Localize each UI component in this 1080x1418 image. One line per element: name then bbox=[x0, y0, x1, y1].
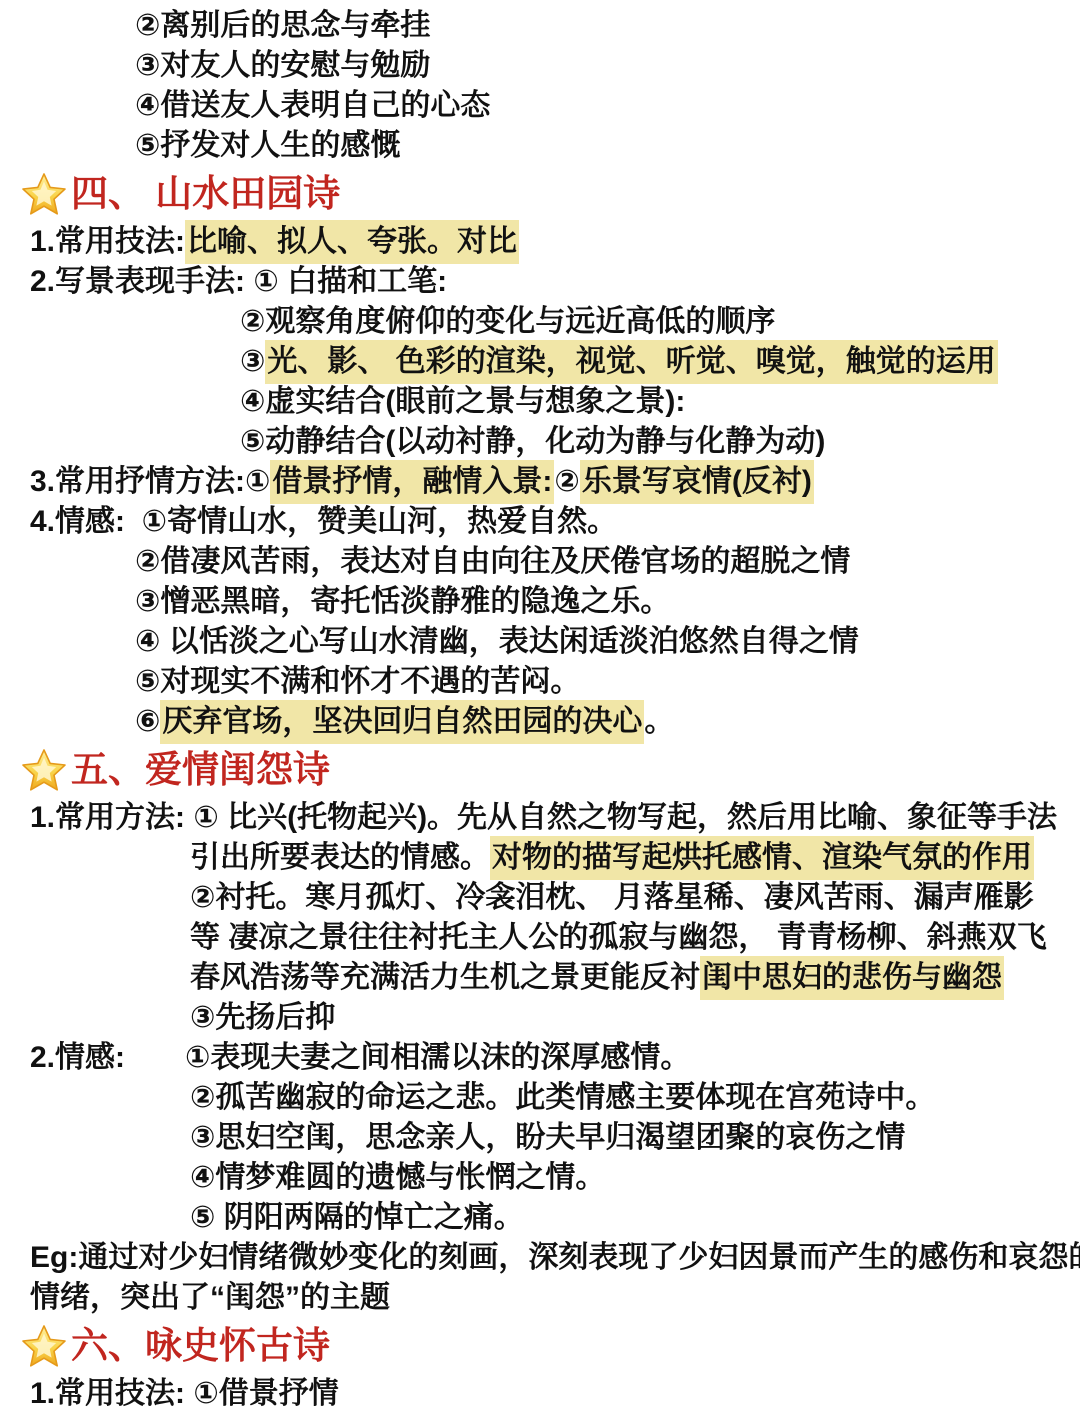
text-line: 2.情感: ①表现夫妻之间相濡以沫的深厚感情。 bbox=[0, 1038, 1080, 1078]
text-line: ④ 以恬淡之心写山水清幽，表达闲适淡泊悠然自得之情 bbox=[0, 622, 1080, 662]
text-segment: 2.情感: ①表现夫妻之间相濡以沫的深厚感情。 bbox=[30, 1041, 690, 1074]
text-segment: ③对友人的安慰与勉励 bbox=[135, 49, 430, 82]
text-line: ②观察角度俯仰的变化与远近高低的顺序 bbox=[0, 302, 1080, 342]
text-line: ②借凄风苦雨，表达对自由向往及厌倦官场的超脱之情 bbox=[0, 542, 1080, 582]
text-segment: ②孤苦幽寂的命运之悲。此类情感主要体现在宫苑诗中。 bbox=[190, 1081, 935, 1114]
text-segment: 。 bbox=[644, 705, 674, 738]
text-line: ⑤对现实不满和怀才不遇的苦闷。 bbox=[0, 662, 1080, 702]
text-segment: 4.情感: ①寄情山水，赞美山河，热爱自然。 bbox=[30, 505, 617, 538]
text-segment: 3.常用抒情方法:① bbox=[30, 465, 270, 498]
text-segment: 等 凄凉之景往往衬托主人公的孤寂与幽怨， 青青杨柳、斜燕双飞 bbox=[190, 921, 1047, 954]
section-heading-label: 六、咏史怀古诗 bbox=[71, 1322, 330, 1370]
text-segment: ⑤抒发对人生的感慨 bbox=[135, 129, 400, 162]
highlighted-text: 比喻、拟人、夸张。对比 bbox=[185, 220, 519, 264]
text-segment: 1.常用技法: ①借景抒情 bbox=[30, 1377, 339, 1410]
text-line: ③思妇空闺，思念亲人，盼夫早归渴望团聚的哀伤之情 bbox=[0, 1118, 1080, 1158]
text-segment: ③ bbox=[240, 345, 265, 378]
section-heading-label: 五、爱情闺怨诗 bbox=[71, 746, 330, 794]
text-line: ③光、影、 色彩的渲染，视觉、听觉、嗅觉，触觉的运用 bbox=[0, 342, 1080, 382]
text-segment: ⑤对现实不满和怀才不遇的苦闷。 bbox=[135, 665, 580, 698]
text-line: 4.情感: ①寄情山水，赞美山河，热爱自然。 bbox=[0, 502, 1080, 542]
text-segment: ⑤ 阴阳两隔的悼亡之痛。 bbox=[190, 1201, 524, 1234]
star-icon bbox=[22, 172, 66, 216]
text-line: ④虚实结合(眼前之景与想象之景): bbox=[0, 382, 1080, 422]
text-segment: 1.常用技法: bbox=[30, 225, 185, 258]
text-segment: 情绪，突出了“闺怨”的主题 bbox=[30, 1281, 390, 1314]
star-icon bbox=[22, 1324, 66, 1368]
text-line: ⑤动静结合(以动衬静，化动为静与化静为动) bbox=[0, 422, 1080, 462]
text-line: 春风浩荡等充满活力生机之景更能反衬闺中思妇的悲伤与幽怨 bbox=[0, 958, 1080, 998]
text-segment: ⑥ bbox=[135, 705, 160, 738]
text-segment: ②衬托。寒月孤灯、冷衾泪枕、 月落星稀、凄风苦雨、漏声雁影 bbox=[190, 881, 1034, 914]
section-heading: 五、爱情闺怨诗 bbox=[0, 746, 1080, 794]
text-line: ③对友人的安慰与勉励 bbox=[0, 46, 1080, 86]
text-line: 1.常用方法: ① 比兴(托物起兴)。先从自然之物写起，然后用比喻、象征等手法 bbox=[0, 798, 1080, 838]
text-segment: ②观察角度俯仰的变化与远近高低的顺序 bbox=[240, 305, 775, 338]
text-segment: ③憎恶黑暗，寄托恬淡静雅的隐逸之乐。 bbox=[135, 585, 670, 618]
text-line: ⑤抒发对人生的感慨 bbox=[0, 126, 1080, 166]
text-segment: ②借凄风苦雨，表达对自由向往及厌倦官场的超脱之情 bbox=[135, 545, 850, 578]
highlighted-text: 乐景写哀情(反衬) bbox=[580, 460, 814, 504]
text-line: Eg:通过对少妇情绪微妙变化的刻画，深刻表现了少妇因景而产生的感伤和哀怨的 bbox=[0, 1238, 1080, 1278]
text-line: 情绪，突出了“闺怨”的主题 bbox=[0, 1278, 1080, 1318]
text-segment: 引出所要表达的情感。 bbox=[190, 841, 490, 874]
text-line: ④借送友人表明自己的心态 bbox=[0, 86, 1080, 126]
text-line: ③先扬后抑 bbox=[0, 998, 1080, 1038]
highlighted-text: 借景抒情，融情入景: bbox=[270, 460, 554, 504]
text-line: 1.常用技法:比喻、拟人、夸张。对比 bbox=[0, 222, 1080, 262]
text-line: 引出所要表达的情感。对物的描写起烘托感情、渲染气氛的作用 bbox=[0, 838, 1080, 878]
text-segment: 1.常用方法: ① 比兴(托物起兴)。先从自然之物写起，然后用比喻、象征等手法 bbox=[30, 801, 1057, 834]
text-segment: ④ 以恬淡之心写山水清幽，表达闲适淡泊悠然自得之情 bbox=[135, 625, 859, 658]
text-segment: 春风浩荡等充满活力生机之景更能反衬 bbox=[190, 961, 700, 994]
text-segment: ⑤动静结合(以动衬静，化动为静与化静为动) bbox=[240, 425, 825, 458]
highlighted-text: 光、影、 色彩的渲染，视觉、听觉、嗅觉，触觉的运用 bbox=[265, 340, 997, 384]
text-line: ②衬托。寒月孤灯、冷衾泪枕、 月落星稀、凄风苦雨、漏声雁影 bbox=[0, 878, 1080, 918]
text-line: 1.常用技法: ①借景抒情 bbox=[0, 1374, 1080, 1414]
text-segment: ④情梦难圆的遗憾与怅惘之情。 bbox=[190, 1161, 605, 1194]
text-line: ⑥厌弃官场，坚决回归自然田园的决心。 bbox=[0, 702, 1080, 742]
text-segment: ③思妇空闺，思念亲人，盼夫早归渴望团聚的哀伤之情 bbox=[190, 1121, 905, 1154]
text-segment: ② bbox=[554, 465, 579, 498]
text-segment: ④虚实结合(眼前之景与想象之景): bbox=[240, 385, 685, 418]
text-segment: ②离别后的思念与牵挂 bbox=[135, 9, 430, 42]
text-line: 等 凄凉之景往往衬托主人公的孤寂与幽怨， 青青杨柳、斜燕双飞 bbox=[0, 918, 1080, 958]
highlighted-text: 对物的描写起烘托感情、渲染气氛的作用 bbox=[490, 836, 1034, 880]
text-line: 2.写景表现手法: ① 白描和工笔: bbox=[0, 262, 1080, 302]
notes-page: ②离别后的思念与牵挂③对友人的安慰与勉励④借送友人表明自己的心态⑤抒发对人生的感… bbox=[0, 0, 1080, 1414]
section-heading: 四、 山水田园诗 bbox=[0, 170, 1080, 218]
text-line: ③憎恶黑暗，寄托恬淡静雅的隐逸之乐。 bbox=[0, 582, 1080, 622]
text-segment: Eg:通过对少妇情绪微妙变化的刻画，深刻表现了少妇因景而产生的感伤和哀怨的 bbox=[30, 1241, 1080, 1274]
text-line: ⑤ 阴阳两隔的悼亡之痛。 bbox=[0, 1198, 1080, 1238]
text-line: ②离别后的思念与牵挂 bbox=[0, 6, 1080, 46]
highlighted-text: 厌弃官场，坚决回归自然田园的决心 bbox=[160, 700, 644, 744]
text-segment: ④借送友人表明自己的心态 bbox=[135, 89, 490, 122]
text-line: 3.常用抒情方法:①借景抒情，融情入景:②乐景写哀情(反衬) bbox=[0, 462, 1080, 502]
text-segment: 2.写景表现手法: ① 白描和工笔: bbox=[30, 265, 447, 298]
text-line: ④情梦难圆的遗憾与怅惘之情。 bbox=[0, 1158, 1080, 1198]
highlighted-text: 闺中思妇的悲伤与幽怨 bbox=[700, 956, 1004, 1000]
text-segment: ③先扬后抑 bbox=[190, 1001, 335, 1034]
section-heading: 六、咏史怀古诗 bbox=[0, 1322, 1080, 1370]
star-icon bbox=[22, 748, 66, 792]
section-heading-label: 四、 山水田园诗 bbox=[71, 170, 340, 218]
text-line: ②孤苦幽寂的命运之悲。此类情感主要体现在宫苑诗中。 bbox=[0, 1078, 1080, 1118]
